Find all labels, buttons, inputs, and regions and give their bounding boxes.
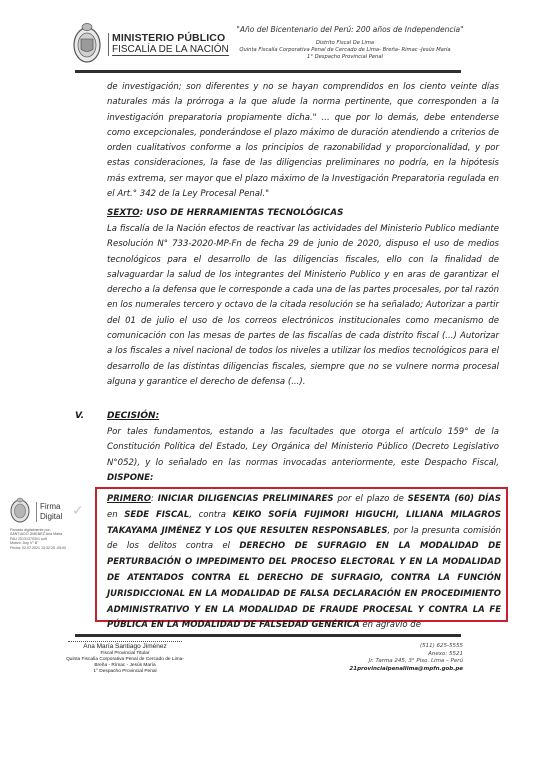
contact-email: 21provincialpenallima@mpfn.gob.pe [340, 666, 463, 674]
dispone-label: DISPONE: [107, 473, 153, 483]
sexto-label: SEXTO [107, 208, 140, 218]
district-info: Distrito Fiscal De Lima Quinta Fiscalía … [225, 40, 465, 61]
footer-divider [75, 634, 461, 637]
signature-label-line: Firma [40, 502, 62, 512]
decision-text: Por tales fundamentos, estando a las fac… [107, 427, 499, 468]
contact-phone: (511) 625-5555 [340, 643, 463, 651]
sexto-paragraph-text: La fiscalía de la Nación efectos de reac… [107, 222, 499, 390]
district-line: Distrito Fiscal De Lima [225, 40, 465, 47]
primero-label: PRIMERO [107, 494, 151, 504]
signature-metadata: Firmado digitalmente por: SANTIAGO JIMEN… [10, 528, 94, 550]
sexto-heading: : USO DE HERRAMIENTAS TECNOLÓGICAS [140, 208, 344, 218]
institution-name: MINISTERIO PÚBLICO [112, 33, 229, 44]
quote-paragraph-text: de investigación; son diferentes y no se… [107, 80, 499, 202]
text-run: en agravio de [360, 620, 421, 630]
signature-meta-line: Fecha: 02.07.2021 13:32:25 -05:00 [10, 546, 94, 550]
quote-paragraph: de investigación; son diferentes y no se… [107, 80, 499, 202]
section-sexto-title: SEXTO: USO DE HERRAMIENTAS TECNOLÓGICAS [107, 208, 343, 218]
sexto-paragraph: La fiscalía de la Nación efectos de reac… [107, 222, 499, 390]
contact-info: (511) 625-5555 Anexo: 5521 Jr. Tarma 245… [340, 643, 463, 673]
contact-annex: Anexo: 5521 [340, 651, 463, 659]
checkmark-icon: ✓ [72, 503, 84, 519]
text-run: , contra [189, 510, 232, 520]
text-run: en [107, 510, 124, 520]
bold-run: SESENTA (60) DÍAS [408, 494, 501, 504]
section-v-title: DECISIÓN: [107, 411, 159, 421]
text-run: : [151, 494, 158, 504]
signer-name: Ana María Santiago Jiménez [62, 643, 188, 651]
year-motto: "Año del Bicentenario del Perú: 200 años… [230, 25, 470, 34]
decision-paragraph: Por tales fundamentos, estando a las fac… [107, 425, 499, 486]
text-run: por el plazo de [334, 494, 408, 504]
digital-signature-stamp: Firma Digital ✓ Firmado digitalmente por… [10, 497, 90, 567]
institution-subtitle: FISCALÍA DE LA NACIÓN [112, 44, 229, 56]
signature-seal-icon [10, 497, 30, 523]
national-seal-icon [72, 22, 102, 64]
signature-label: Firma Digital [36, 502, 62, 522]
section-v-number: V. [75, 411, 84, 421]
document-header: MINISTERIO PÚBLICO FISCALÍA DE LA NACIÓN… [0, 0, 538, 76]
institution-logo-text: MINISTERIO PÚBLICO FISCALÍA DE LA NACIÓN [108, 33, 229, 56]
signature-line [68, 641, 182, 642]
offenses: DERECHO DE SUFRAGIO EN LA MODALIDAD DE P… [107, 541, 501, 630]
header-divider [75, 70, 461, 73]
signature-label-line: Digital [40, 512, 62, 522]
bold-run: SEDE FISCAL [124, 510, 189, 520]
district-line: 1° Despacho Provincial Penal [225, 54, 465, 61]
contact-address: Jr. Tarma 245, 3° Piso. Lima – Perú [340, 658, 463, 666]
bold-run: INICIAR DILIGENCIAS PRELIMINARES [158, 494, 334, 504]
signer-office: 1° Despacho Provincial Penal [62, 669, 188, 675]
signer-block: Ana María Santiago Jiménez Fiscal Provin… [62, 641, 188, 675]
district-line: Quinta Fiscalía Corporativa Penal de Cer… [225, 47, 465, 54]
primero-resolution: PRIMERO: INICIAR DILIGENCIAS PRELIMINARE… [107, 492, 501, 634]
